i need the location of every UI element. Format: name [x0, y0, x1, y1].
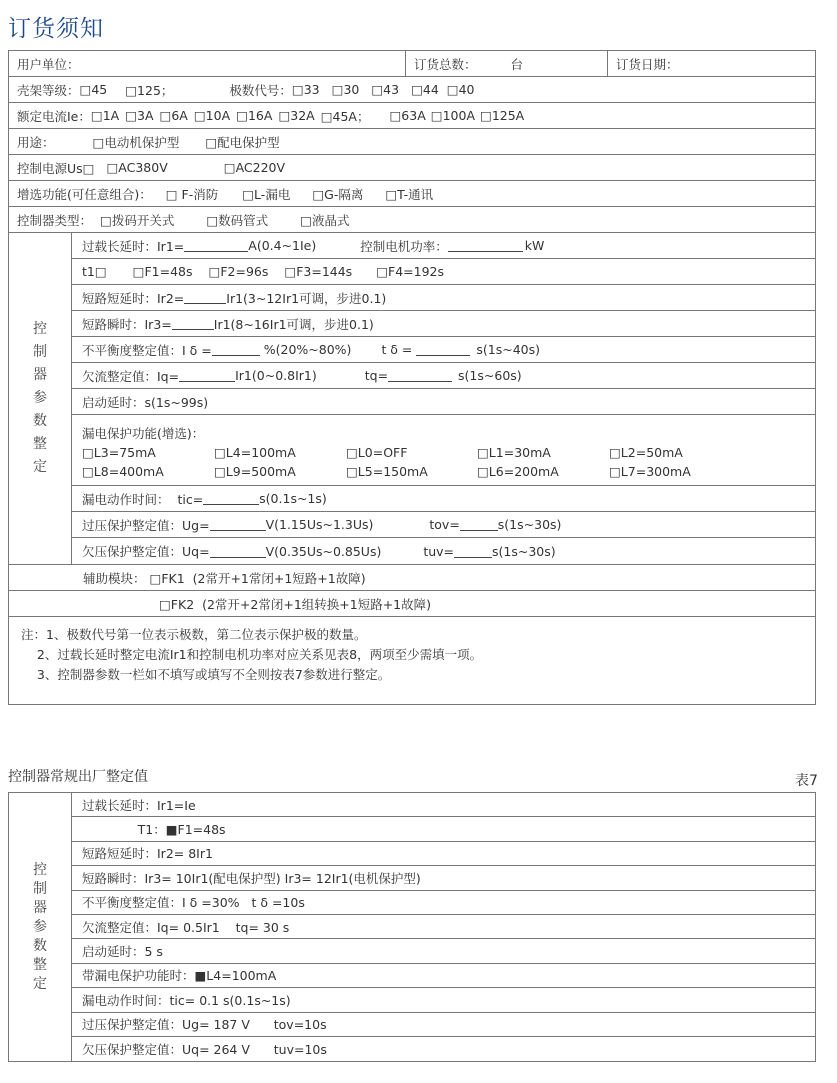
leak-option-l9[interactable]: □L9=500mA	[214, 464, 346, 479]
t1-option-f4[interactable]: □F4=192s	[376, 264, 444, 279]
leak-option-l5[interactable]: □L5=150mA	[346, 464, 477, 479]
leak-option-l2[interactable]: □L2=50mA	[609, 445, 729, 460]
note-3: 3、控制器参数一栏如不填写或填写不全则按表7参数进行整定。	[21, 665, 807, 685]
control-power-label: 控制电源Us□	[17, 159, 94, 177]
factory-row: 启动延时：5 s	[72, 939, 815, 963]
side-char: 整	[33, 433, 47, 456]
type-option-dip-switch[interactable]: □拨码开关式	[100, 211, 174, 229]
unbalance-time-range: s(1s~40s)	[476, 342, 540, 357]
motor-power-unit: kW	[525, 238, 545, 253]
optional-functions-row: 增选功能(可任意组合)： □ F-消防 □L-漏电 □G-隔离 □T-通讯	[9, 181, 815, 207]
ir2-input[interactable]	[184, 291, 226, 304]
table-number: 表7	[795, 770, 818, 790]
pole-option-33[interactable]: □33	[292, 82, 320, 97]
user-unit-field[interactable]: 用户单位：	[9, 51, 405, 76]
tic-input[interactable]	[203, 492, 259, 505]
t1-row: t1□ □F1=48s □F2=96s □F3=144s □F4=192s	[72, 259, 815, 285]
power-option-ac220v[interactable]: □AC220V	[224, 160, 285, 175]
current-option-45a[interactable]: □45A；	[321, 107, 370, 125]
controller-type-row: 控制器类型： □拨码开关式 □数码管式 □液晶式	[9, 207, 815, 233]
side-char: 数	[33, 410, 47, 433]
tov-range: s(1s~30s)	[498, 517, 562, 532]
leak-option-l3[interactable]: □L3=75mA	[82, 445, 214, 460]
unbalance-range: %(20%~80%)	[264, 342, 352, 357]
short-delay-label: 短路短延时：Ir2=	[82, 289, 184, 307]
unbalance-input[interactable]	[212, 343, 260, 356]
factory-row: 带漏电保护功能时：■L4=100mA	[72, 964, 815, 988]
side-char: 定	[33, 456, 47, 479]
usage-label: 用途：	[17, 133, 55, 151]
undercurrent-row: 欠流整定值：Iq= Ir1(0~0.8Ir1) tq= s(1s~60s)	[72, 363, 815, 389]
current-option-6a[interactable]: □6A	[160, 108, 188, 123]
t1-option-f1[interactable]: □F1=48s	[133, 264, 193, 279]
factory-row: 短路短延时：Ir2= 8Ir1	[72, 842, 815, 866]
overvoltage-row: 过压保护整定值：Ug= V(1.15Us~1.3Us) tov= s(1s~30…	[72, 512, 815, 538]
factory-row: 漏电动作时间：tic= 0.1 s(0.1s~1s)	[72, 988, 815, 1012]
leak-time-range: s(0.1s~1s)	[259, 491, 327, 506]
side-char: 控	[33, 318, 47, 341]
frame-grade-label: 壳架等级：	[17, 81, 80, 99]
side-char: 参	[33, 918, 47, 937]
undervoltage-label: 欠压保护整定值：Uq=	[82, 542, 210, 560]
usage-row: 用途： □电动机保护型 □配电保护型	[9, 129, 815, 155]
undervoltage-range: V(0.35Us~0.85Us)	[266, 544, 382, 559]
current-option-1a[interactable]: □1A	[91, 108, 119, 123]
side-char: 整	[33, 956, 47, 975]
aux-option-fk2[interactable]: □FK2 (2常开+2常闭+1组转换+1短路+1故障)	[159, 595, 431, 613]
pole-code-label: 极数代号：	[229, 81, 292, 99]
factory-settings-table: 控 制 器 参 数 整 定 过载长延时：Ir1=Ie T1：■F1=48s 短路…	[8, 792, 816, 1062]
ug-input[interactable]	[210, 518, 266, 531]
tuv-label: tuv=	[423, 544, 454, 559]
undercurrent-time-range: s(1s~60s)	[458, 368, 522, 383]
side-char: 制	[33, 341, 47, 364]
option-fire[interactable]: □ F-消防	[166, 185, 218, 203]
pole-option-44[interactable]: □44	[411, 82, 439, 97]
tuv-range: s(1s~30s)	[492, 544, 556, 559]
leak-option-l6[interactable]: □L6=200mA	[477, 464, 609, 479]
params-side-label: 控 制 器 参 数 整 定	[9, 233, 72, 564]
current-option-100a[interactable]: □100A	[431, 108, 475, 123]
current-option-32a[interactable]: □32A	[278, 108, 314, 123]
short-instant-label: 短路瞬时：Ir3=	[82, 315, 172, 333]
leak-option-l4[interactable]: □L4=100mA	[214, 445, 346, 460]
current-option-63a[interactable]: □63A	[390, 108, 426, 123]
start-delay-label: 启动延时：s(1s~99s)	[82, 393, 208, 411]
undervoltage-row: 欠压保护整定值：Uq= V(0.35Us~0.85Us) tuv= s(1s~3…	[72, 538, 815, 564]
current-option-16a[interactable]: □16A	[236, 108, 272, 123]
overload-row: 过载长延时：Ir1= A(0.4~1Ie) 控制电机功率： kW	[72, 233, 815, 259]
rated-current-row: 额定电流Ie： □1A □3A □6A □10A □16A □32A □45A；…	[9, 103, 815, 129]
notes-section: 注：1、极数代号第一位表示极数，第二位表示保护极的数量。 2、过载长延时整定电流…	[9, 617, 815, 704]
type-option-digital-tube[interactable]: □数码管式	[206, 211, 268, 229]
side-char: 控	[33, 861, 47, 880]
undercurrent-range: Ir1(0~0.8Ir1)	[235, 368, 317, 383]
factory-row: 短路瞬时：Ir3= 10Ir1(配电保护型) Ir3= 12Ir1(电机保护型)	[72, 866, 815, 890]
unbalance-time-label: t δ =	[381, 342, 416, 357]
unbalance-label: 不平衡度整定值：I δ =	[82, 341, 212, 359]
factory-row: 欠压保护整定值：Uq= 264 V tuv=10s	[72, 1037, 815, 1061]
unbalance-time-input[interactable]	[416, 343, 470, 356]
power-option-ac380v[interactable]: □AC380V	[106, 160, 167, 175]
frame-option-45[interactable]: □45	[80, 82, 108, 97]
qty-unit: 台	[511, 55, 524, 73]
rated-current-label: 额定电流Ie：	[17, 107, 91, 125]
side-char: 器	[33, 364, 47, 387]
optional-functions-label: 增选功能(可任意组合)：	[17, 185, 152, 203]
controller-params-block: 控 制 器 参 数 整 定 过载长延时：Ir1= A(0.4~1Ie) 控制电机…	[9, 233, 815, 565]
aux-module-row-1: 辅助模块： □FK1 (2常开+1常闭+1短路+1故障)	[9, 565, 815, 591]
side-char: 器	[33, 899, 47, 918]
t1-option-f2[interactable]: □F2=96s	[209, 264, 269, 279]
pole-option-40[interactable]: □40	[447, 82, 475, 97]
tq-input[interactable]	[388, 369, 452, 382]
factory-row: 过压保护整定值：Ug= 187 V tov=10s	[72, 1013, 815, 1037]
usage-option-distribution[interactable]: □配电保护型	[205, 133, 279, 151]
order-date-label: 订货日期：	[616, 55, 679, 73]
type-option-lcd[interactable]: □液晶式	[300, 211, 349, 229]
motor-power-input[interactable]	[448, 239, 523, 252]
short-instant-row: 短路瞬时：Ir3= Ir1(8~16Ir1可调，步进0.1)	[72, 311, 815, 337]
overload-label: 过载长延时：Ir1=	[82, 237, 184, 255]
factory-row: T1：■F1=48s	[72, 817, 815, 841]
factory-row: 不平衡度整定值：I δ =30% t δ =10s	[72, 891, 815, 915]
usage-option-motor[interactable]: □电动机保护型	[93, 133, 180, 151]
overvoltage-range: V(1.15Us~1.3Us)	[266, 517, 374, 532]
aux-module-label: 辅助模块：	[83, 569, 146, 587]
pole-option-30[interactable]: □30	[332, 82, 360, 97]
leak-option-l8[interactable]: □L8=400mA	[82, 464, 214, 479]
leak-option-l0[interactable]: □L0=OFF	[346, 445, 477, 460]
pole-option-43[interactable]: □43	[371, 82, 399, 97]
option-leakage[interactable]: □L-漏电	[242, 185, 290, 203]
total-qty-field[interactable]: 订货总数： 台	[405, 51, 607, 76]
order-date-field[interactable]: 订货日期：	[607, 51, 815, 76]
t1-option-f3[interactable]: □F3=144s	[284, 264, 352, 279]
motor-power-label: 控制电机功率：	[360, 237, 448, 255]
side-char: 数	[33, 937, 47, 956]
overvoltage-label: 过压保护整定值：Ug=	[82, 516, 210, 534]
current-option-3a[interactable]: □3A	[125, 108, 153, 123]
page-title: 订货须知	[8, 10, 104, 43]
tov-input[interactable]	[460, 518, 498, 531]
aux-module-row-2: □FK2 (2常开+2常闭+1组转换+1短路+1故障)	[9, 591, 815, 617]
leak-option-l7[interactable]: □L7=300mA	[609, 464, 729, 479]
note-2: 2、过载长延时整定电流Ir1和控制电机功率对应关系见表8，两项至少需填一项。	[21, 645, 807, 665]
factory-side-label: 控 制 器 参 数 整 定	[9, 793, 72, 1061]
side-char: 定	[33, 975, 47, 994]
option-isolation[interactable]: □G-隔离	[312, 185, 363, 203]
controller-type-label: 控制器类型：	[17, 211, 92, 229]
leakage-protection-section: 漏电保护功能(增选)： □L3=75mA □L4=100mA □L0=OFF □…	[72, 415, 815, 486]
tuv-input[interactable]	[454, 545, 492, 558]
leak-time-label: 漏电动作时间： tic=	[82, 490, 203, 508]
overload-range: A(0.4~1Ie)	[248, 238, 316, 253]
note-1: 注：1、极数代号第一位表示极数，第二位表示保护极的数量。	[21, 625, 807, 645]
header-row: 用户单位： 订货总数： 台 订货日期：	[9, 51, 815, 77]
uq-input[interactable]	[210, 545, 266, 558]
total-qty-label: 订货总数：	[414, 55, 477, 73]
t1-label: t1□	[82, 264, 107, 279]
option-communication[interactable]: □T-通讯	[385, 185, 433, 203]
aux-option-fk1[interactable]: □FK1 (2常开+1常闭+1短路+1故障)	[150, 569, 366, 587]
tov-label: tov=	[429, 517, 459, 532]
frame-option-125[interactable]: □125；	[125, 81, 173, 99]
factory-row: 欠流整定值：Iq= 0.5Ir1 tq= 30 s	[72, 915, 815, 939]
control-power-row: 控制电源Us□ □AC380V □AC220V	[9, 155, 815, 181]
short-delay-row: 短路短延时：Ir2= Ir1(3~12Ir1可调，步进0.1)	[72, 285, 815, 311]
short-instant-range: Ir1(8~16Ir1可调，步进0.1)	[214, 315, 374, 333]
short-delay-range: Ir1(3~12Ir1可调，步进0.1)	[226, 289, 386, 307]
ir1-input[interactable]	[184, 239, 248, 252]
undercurrent-label: 欠流整定值：Iq=	[82, 367, 179, 385]
side-char: 制	[33, 880, 47, 899]
side-char: 参	[33, 387, 47, 410]
current-option-10a[interactable]: □10A	[194, 108, 230, 123]
unbalance-row: 不平衡度整定值：I δ = %(20%~80%) t δ = s(1s~40s)	[72, 337, 815, 363]
frame-grade-row: 壳架等级： □45 □125； 极数代号： □33 □30 □43 □44 □4…	[9, 77, 815, 103]
factory-table-title: 控制器常规出厂整定值	[8, 766, 148, 786]
leak-option-l1[interactable]: □L1=30mA	[477, 445, 609, 460]
current-option-125a[interactable]: □125A	[480, 108, 524, 123]
undercurrent-time-label: tq=	[365, 368, 388, 383]
ir3-input[interactable]	[172, 317, 214, 330]
start-delay-row: 启动延时：s(1s~99s)	[72, 389, 815, 415]
factory-row: 过载长延时：Ir1=Ie	[72, 793, 815, 817]
user-unit-label: 用户单位：	[17, 55, 80, 73]
iq-input[interactable]	[179, 369, 235, 382]
order-form-table: 用户单位： 订货总数： 台 订货日期： 壳架等级： □45 □125； 极数代号…	[8, 50, 816, 705]
leak-time-row: 漏电动作时间： tic= s(0.1s~1s)	[72, 486, 815, 512]
leakage-heading: 漏电保护功能(增选)：	[82, 423, 805, 445]
